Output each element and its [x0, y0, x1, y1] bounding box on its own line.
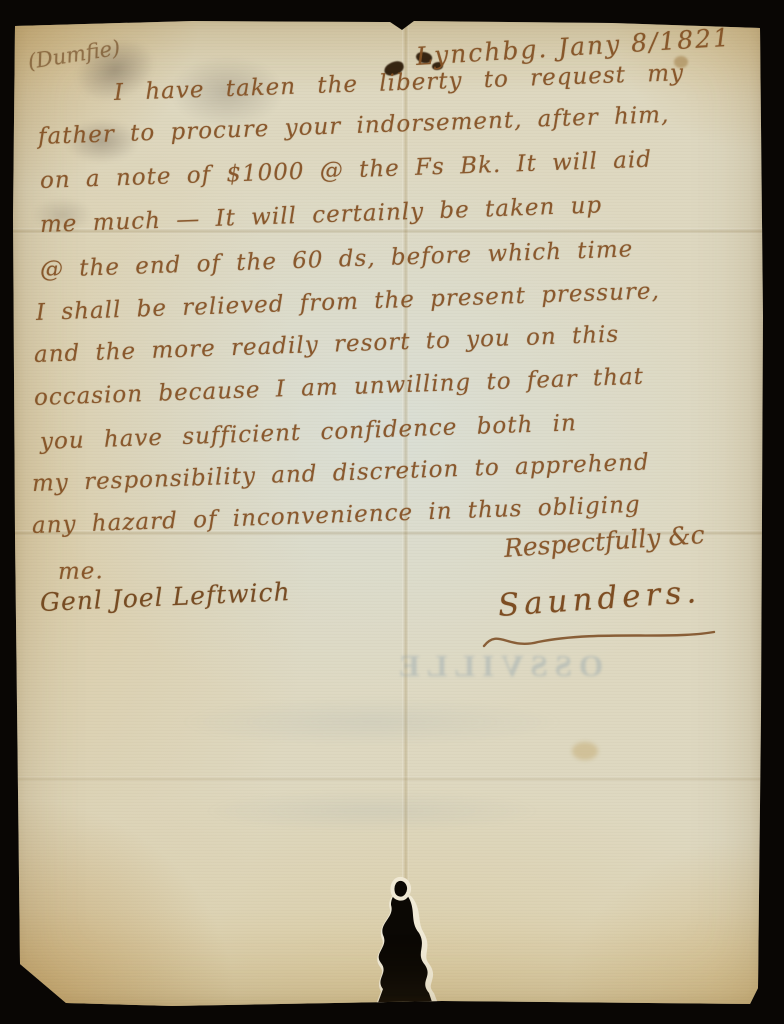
stain-spot	[572, 742, 598, 760]
letter-line: you have sufficient confidence both in	[40, 410, 578, 455]
letter-line: and the more readily resort to you on th…	[34, 322, 620, 368]
ink-bleedthrough	[132, 692, 612, 752]
bleedthrough-stamp-text: OSSVILLE	[392, 648, 603, 684]
burn-hole	[347, 871, 457, 1011]
letter-line: on a note of $1000 @ the Fs Bk. It will …	[40, 147, 653, 194]
letter-line: occasion because I am unwilling to fear …	[34, 364, 645, 411]
letter-line: me much — It will certainly be taken up	[40, 192, 603, 238]
signature-flourish	[478, 624, 718, 650]
signature: Saunders.	[497, 574, 702, 624]
letter-line: my responsibility and discretion to appr…	[32, 449, 651, 497]
letter-line: I shall be relieved from the present pre…	[36, 278, 661, 326]
closing-salutation: Respectfully &c	[503, 520, 706, 563]
pencil-smudge	[50, 14, 181, 127]
scanned-letter-photo: (Dumfie) Lynchbg. Jany 8/1821 I have tak…	[0, 0, 784, 1024]
letter-line: father to procure your indorsement, afte…	[38, 102, 670, 150]
ink-bleedthrough	[162, 786, 582, 836]
letter-line: @ the end of the 60 ds, before which tim…	[40, 236, 634, 283]
paper-sheet: (Dumfie) Lynchbg. Jany 8/1821 I have tak…	[12, 16, 764, 1008]
fold-crease-horizontal-3	[12, 776, 764, 782]
docket-note: (Dumfie)	[26, 36, 122, 74]
letter-line: me.	[58, 558, 104, 585]
